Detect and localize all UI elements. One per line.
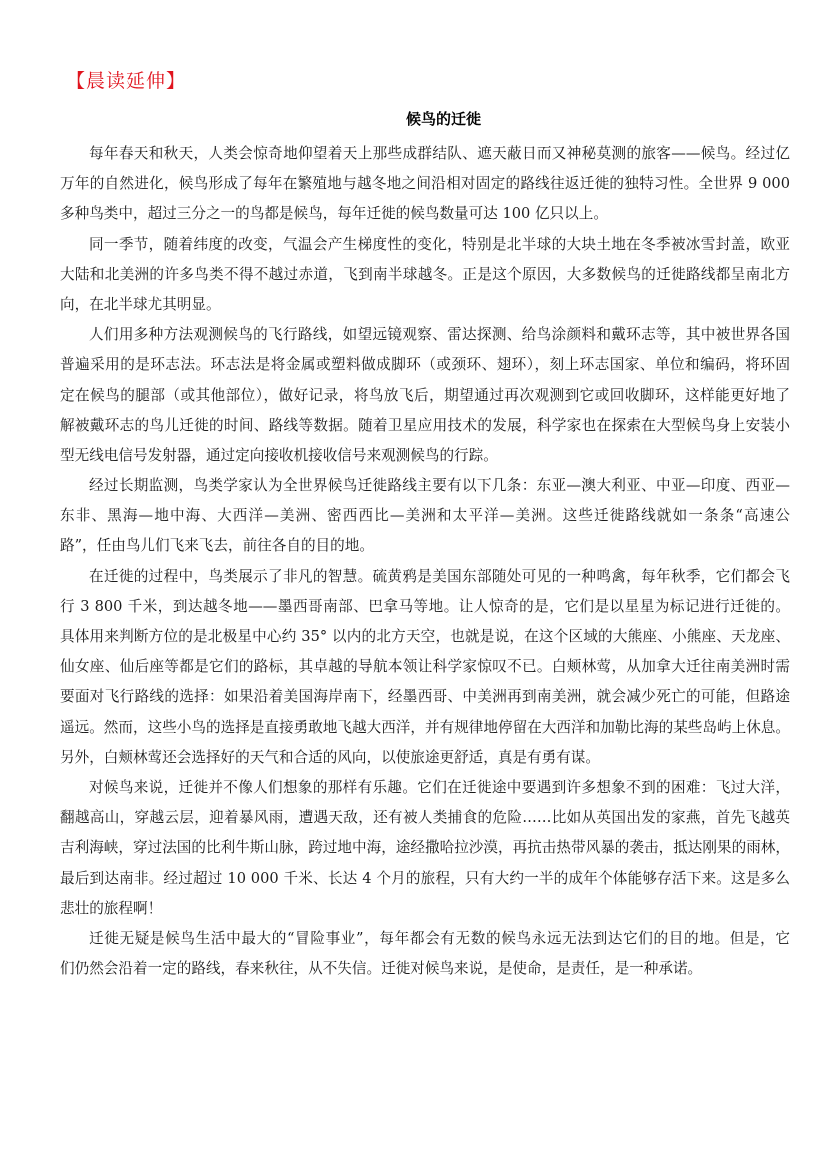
paragraph: 经过长期监测，鸟类学家认为全世界候鸟迁徙路线主要有以下几条：东亚—澳大利亚、中亚… — [60, 471, 790, 562]
paragraph-line: 迁徙无疑是候鸟生活中最大的“冒险事业”，每年都会有无数的候鸟永远无法到达它们的目… — [60, 924, 790, 954]
article-title: 候鸟的迁徙 — [0, 108, 827, 129]
paragraph-line: 定在候鸟的腿部（或其他部位），做好记录，将鸟放飞后，期望通过再次观测到它或回收脚… — [60, 381, 790, 411]
paragraph-line: 仙女座、仙后座等都是它们的路标，其卓越的导航本领让科学家惊叹不已。白颊林莺，从加… — [60, 652, 790, 682]
paragraph-line: 路”，任由鸟儿们飞来飞去，前往各自的目的地。 — [60, 531, 790, 561]
paragraph: 在迁徙的过程中，鸟类展示了非凡的智慧。硫黄鸦是美国东部随处可见的一种鸣禽，每年秋… — [60, 562, 790, 773]
paragraph-line: 要面对飞行路线的选择：如果沿着美国海岸南下，经墨西哥、中美洲再到南美洲，就会减少… — [60, 682, 790, 712]
paragraph-line: 万年的自然进化，候鸟形成了每年在繁殖地与越冬地之间沿相对固定的路线往返迁徙的独特… — [60, 169, 790, 199]
paragraph-line: 遥远。然而，这些小鸟的选择是直接勇敢地飞越大西洋，并有规律地停留在大西洋和加勒比… — [60, 713, 790, 743]
paragraph-line: 最后到达南非。经过超过 10 000 千米、长达 4 个月的旅程，只有大约一半的… — [60, 864, 790, 894]
paragraph: 对候鸟来说，迁徙并不像人们想象的那样有乐趣。它们在迁徙途中要遇到许多想象不到的困… — [60, 773, 790, 924]
paragraph-line: 悲壮的旅程啊！ — [60, 894, 790, 924]
paragraph-line: 普遍采用的是环志法。环志法是将金属或塑料做成脚环（或颈环、翅环），刻上环志国家、… — [60, 350, 790, 380]
paragraph-line: 同一季节，随着纬度的改变，气温会产生梯度性的变化，特别是北半球的大块土地在冬季被… — [60, 230, 790, 260]
paragraph-line: 向，在北半球尤其明显。 — [60, 290, 790, 320]
paragraph-line: 行 3 800 千米，到达越冬地——墨西哥南部、巴拿马等地。让人惊奇的是，它们是… — [60, 592, 790, 622]
paragraph: 每年春天和秋天，人类会惊奇地仰望着天上那些成群结队、遮天蔽日而又神秘莫测的旅客—… — [60, 139, 790, 230]
paragraph-line: 在迁徙的过程中，鸟类展示了非凡的智慧。硫黄鸦是美国东部随处可见的一种鸣禽，每年秋… — [60, 562, 790, 592]
paragraph-line: 另外，白颊林莺还会选择好的天气和合适的风向，以使旅途更舒适，真是有勇有谋。 — [60, 743, 790, 773]
paragraph-line: 们仍然会沿着一定的路线，春来秋往，从不失信。迁徙对候鸟来说，是使命，是责任，是一… — [60, 954, 790, 984]
paragraph: 同一季节，随着纬度的改变，气温会产生梯度性的变化，特别是北半球的大块土地在冬季被… — [60, 230, 790, 321]
paragraph-line: 翻越高山，穿越云层，迎着暴风雨，遭遇天敌，还有被人类捕食的危险……比如从英国出发… — [60, 803, 790, 833]
paragraph-line: 人们用多种方法观测候鸟的飞行路线，如望远镜观察、雷达探测、给鸟涂颜料和戴环志等，… — [60, 320, 790, 350]
paragraph-line: 经过长期监测，鸟类学家认为全世界候鸟迁徙路线主要有以下几条：东亚—澳大利亚、中亚… — [60, 471, 790, 501]
paragraph-line: 对候鸟来说，迁徙并不像人们想象的那样有乐趣。它们在迁徙途中要遇到许多想象不到的困… — [60, 773, 790, 803]
paragraph-line: 解被戴环志的鸟儿迁徙的时间、路线等数据。随着卫星应用技术的发展，科学家也在探索在… — [60, 411, 790, 441]
paragraph-line: 大陆和北美洲的许多鸟类不得不越过赤道，飞到南半球越冬。正是这个原因，大多数候鸟的… — [60, 260, 790, 290]
paragraph-line: 东非、黑海—地中海、大西洋—美洲、密西西比—美洲和太平洋—美洲。这些迁徙路线就如… — [60, 501, 790, 531]
article-body: 每年春天和秋天，人类会惊奇地仰望着天上那些成群结队、遮天蔽日而又神秘莫测的旅客—… — [60, 139, 790, 984]
paragraph-line: 型无线电信号发射器，通过定向接收机接收信号来观测候鸟的行踪。 — [60, 441, 790, 471]
paragraph: 迁徙无疑是候鸟生活中最大的“冒险事业”，每年都会有无数的候鸟永远无法到达它们的目… — [60, 924, 790, 984]
paragraph-line: 多种鸟类中，超过三分之一的鸟都是候鸟，每年迁徙的候鸟数量可达 100 亿只以上。 — [60, 199, 790, 229]
paragraph-line: 具体用来判断方位的是北极星中心约 35° 以内的北方天空，也就是说，在这个区域的… — [60, 622, 790, 652]
paragraph-line: 每年春天和秋天，人类会惊奇地仰望着天上那些成群结队、遮天蔽日而又神秘莫测的旅客—… — [60, 139, 790, 169]
section-header: 【晨读延伸】 — [66, 66, 186, 93]
paragraph-line: 吉利海峡，穿过法国的比利牛斯山脉，跨过地中海，途经撒哈拉沙漠，再抗击热带风暴的袭… — [60, 833, 790, 863]
paragraph: 人们用多种方法观测候鸟的飞行路线，如望远镜观察、雷达探测、给鸟涂颜料和戴环志等，… — [60, 320, 790, 471]
